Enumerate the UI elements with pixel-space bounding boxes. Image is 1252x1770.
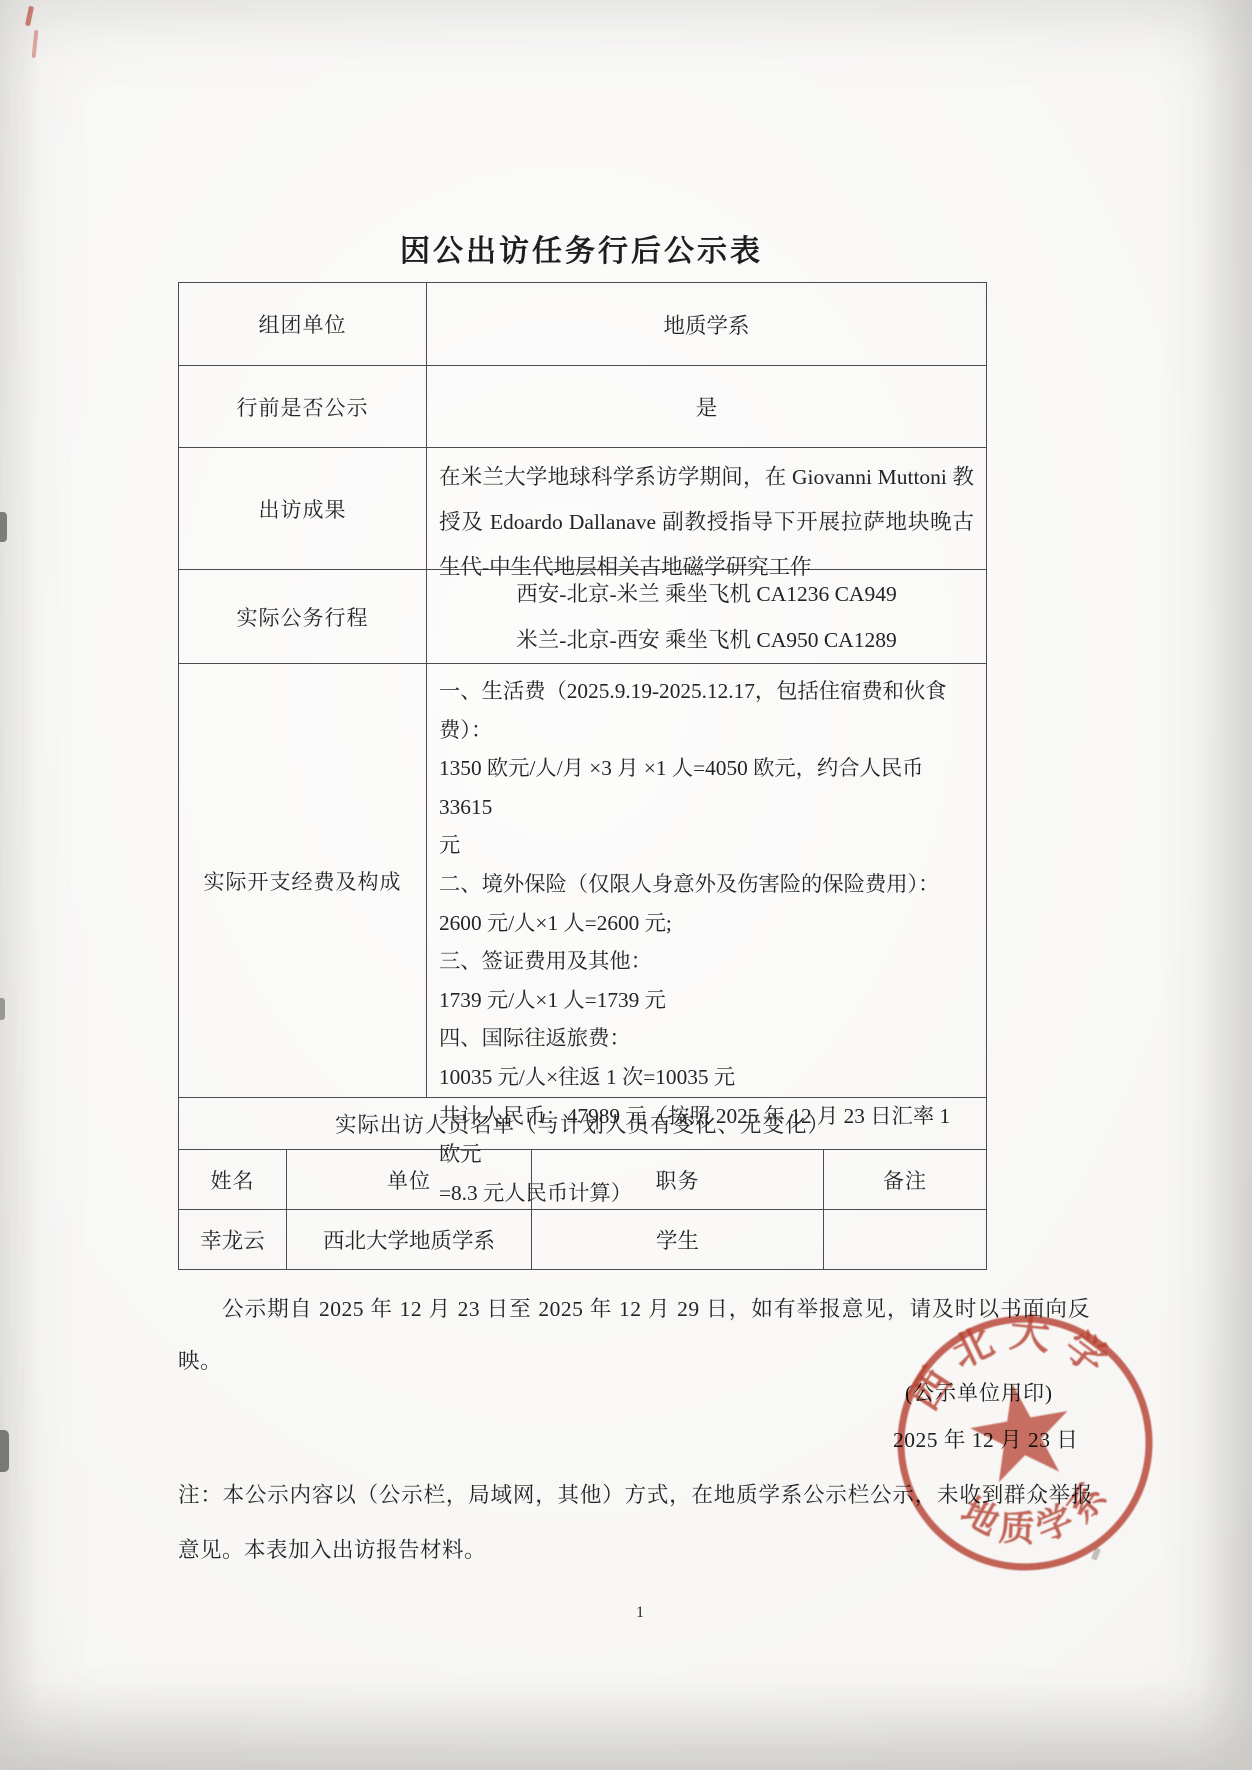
group-unit-label: 组团单位 <box>179 283 426 365</box>
personnel-remarks <box>823 1210 986 1269</box>
personnel-unit: 西北大学地质学系 <box>286 1210 531 1269</box>
row-itinerary: 实际公务行程 西安-北京-米兰 乘坐飞机 CA1236 CA949 米兰-北京-… <box>179 569 986 663</box>
trip-results-value: 在米兰大学地球科学系访学期间，在 Giovanni Muttoni 教授及 Ed… <box>426 448 986 569</box>
personnel-name: 幸龙云 <box>179 1210 286 1269</box>
trip-results-label: 出访成果 <box>179 448 426 569</box>
scan-artifact-edge-mark <box>0 998 5 1020</box>
personnel-header-name: 姓名 <box>179 1150 286 1209</box>
scanned-document-page: 因公出访任务行后公示表 组团单位 地质学系 行前是否公示 是 出访成果 在米兰大… <box>0 0 1252 1770</box>
itinerary-line-outbound: 西安-北京-米兰 乘坐飞机 CA1236 CA949 <box>516 571 896 617</box>
main-form-table: 组团单位 地质学系 行前是否公示 是 出访成果 在米兰大学地球科学系访学期间，在… <box>178 282 987 1270</box>
pre-trip-public-value: 是 <box>426 366 986 447</box>
scan-artifact-red-mark <box>32 30 39 58</box>
footnote-text: 注：本公示内容以（公示栏，局域网，其他）方式，在地质学系公示栏公示，未收到群众举… <box>178 1468 1093 1578</box>
expense-line: 二、境外保险（仅限人身意外及伤害险的保险费用）： <box>439 865 974 904</box>
pre-trip-public-label: 行前是否公示 <box>179 366 426 447</box>
scan-artifact-edge-mark <box>0 512 7 542</box>
seal-date-text: 2025 年 12 月 23 日 <box>893 1423 1078 1454</box>
itinerary-line-return: 米兰-北京-西安 乘坐飞机 CA950 CA1289 <box>516 617 896 663</box>
page-number: 1 <box>560 1604 720 1622</box>
personnel-position: 学生 <box>531 1210 823 1269</box>
group-unit-value: 地质学系 <box>426 283 986 365</box>
personnel-data-row: 幸龙云 西北大学地质学系 学生 <box>179 1209 986 1269</box>
expense-line: 三、签证费用及其他： <box>439 942 974 981</box>
itinerary-value: 西安-北京-米兰 乘坐飞机 CA1236 CA949 米兰-北京-西安 乘坐飞机… <box>426 570 986 663</box>
row-trip-results: 出访成果 在米兰大学地球科学系访学期间，在 Giovanni Muttoni 教… <box>179 447 986 569</box>
expenses-label: 实际开支经费及构成 <box>179 664 426 1097</box>
expense-line: 四、国际往返旅费： <box>439 1019 974 1058</box>
expense-line: 1350 欧元/人/月 ×3 月 ×1 人=4050 欧元，约合人民币 3361… <box>439 749 974 826</box>
row-expenses: 实际开支经费及构成 一、生活费（2025.9.19-2025.12.17，包括住… <box>179 663 986 1097</box>
scan-artifact-edge-mark <box>0 1430 9 1472</box>
expense-line: 元 <box>439 826 974 865</box>
expense-line: 一、生活费（2025.9.19-2025.12.17，包括住宿费和伙食费）： <box>439 672 974 749</box>
itinerary-label: 实际公务行程 <box>179 570 426 663</box>
personnel-header-position: 职务 <box>531 1150 823 1209</box>
expense-line: 10035 元/人×往返 1 次=10035 元 <box>439 1058 974 1097</box>
personnel-header-unit: 单位 <box>286 1150 531 1209</box>
seal-caption-text: (公示单位用印) <box>905 1377 1053 1407</box>
row-group-unit: 组团单位 地质学系 <box>179 283 986 365</box>
page-title: 因公出访任务行后公示表 <box>178 226 985 270</box>
notice-period-text: 公示期自 2025 年 12 月 23 日至 2025 年 12 月 29 日，… <box>178 1283 1090 1387</box>
personnel-header-row: 姓名 单位 职务 备注 <box>179 1149 986 1209</box>
personnel-header-remarks: 备注 <box>823 1150 986 1209</box>
expenses-value: 一、生活费（2025.9.19-2025.12.17，包括住宿费和伙食费）： 1… <box>426 664 986 1097</box>
expense-line: 2600 元/人×1 人=2600 元; <box>439 904 974 943</box>
scan-artifact-red-mark <box>25 6 34 27</box>
expense-line: 1739 元/人×1 人=1739 元 <box>439 981 974 1020</box>
row-pre-trip-public: 行前是否公示 是 <box>179 365 986 447</box>
